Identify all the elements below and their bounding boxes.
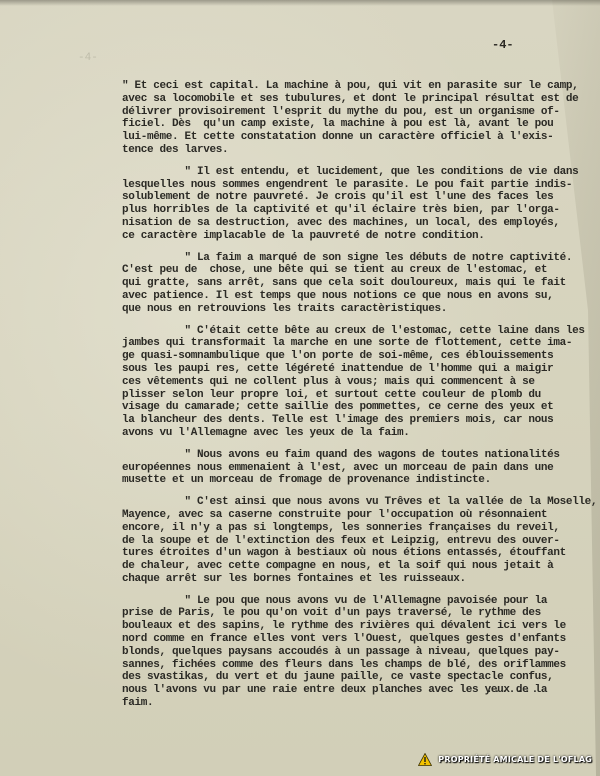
paragraph: " Il est entendu, et lucidement, que les… (122, 166, 562, 243)
text-line: encore, il n'y a pas si longtemps, les s… (122, 522, 562, 535)
watermark-text: PROPRIÉTÉ AMICALE DE L'OFLAG (438, 755, 592, 764)
text-line: ficiel. Dès qu'un camp existe, la machin… (122, 118, 562, 131)
text-line: plus horribles de la captivité et qu'il … (122, 204, 562, 217)
text-line: délivrer provisoirement l'esprit du myth… (122, 106, 562, 119)
text-line: ge quasi-somnambulique que l'on porte de… (122, 350, 562, 363)
text-line: " La faim a marqué de son signe les débu… (122, 252, 562, 265)
text-line: " C'est ainsi que nous avons vu Trêves e… (122, 496, 562, 509)
continuation-mark: ....... (486, 684, 539, 696)
text-line: " C'était cette bête au creux de l'estom… (122, 325, 562, 338)
text-line: sannes, fichées comme des fleurs dans le… (122, 659, 562, 672)
ownership-watermark: PROPRIÉTÉ AMICALE DE L'OFLAG (418, 753, 592, 766)
text-line: tures étroites d'un wagon à bestiaux où … (122, 547, 562, 560)
text-line: " Il est entendu, et lucidement, que les… (122, 166, 562, 179)
text-line: lesquelles nous sommes engendrent le par… (122, 179, 562, 192)
text-line: blonds, quelques paysans accoudés à un p… (122, 646, 562, 659)
text-line: nord comme en france elles vont vers l'O… (122, 633, 562, 646)
text-line: visage du camarade; cette saillie des po… (122, 401, 562, 414)
text-line: des svastikas, du vert et du jaune paill… (122, 671, 562, 684)
text-line: avons vu l'Allemagne avec les yeux de la… (122, 427, 562, 440)
page-number: -4- (492, 38, 514, 52)
text-line: la blancheur des dents. Telle est l'imag… (122, 414, 562, 427)
text-line: prise de Paris, le pou qu'on voit d'un p… (122, 607, 562, 620)
text-line: lui-même. Et cette constatation donne un… (122, 131, 562, 144)
text-line: que nous en retrouvions les traits carac… (122, 303, 562, 316)
text-line: jambes qui transformait la marche en une… (122, 337, 562, 350)
text-line: bouleaux et des sapins, le rythme des ri… (122, 620, 562, 633)
warning-icon (418, 753, 432, 766)
paragraph: " C'était cette bête au creux de l'estom… (122, 325, 562, 440)
paragraph: " Et ceci est capital. La machine à pou,… (122, 80, 562, 157)
text-line: " Et ceci est capital. La machine à pou,… (122, 80, 562, 93)
text-line: tence des larves. (122, 144, 562, 157)
text-line: ces vêtements qui ne collent plus à vous… (122, 376, 562, 389)
typewritten-body: " Et ceci est capital. La machine à pou,… (122, 80, 562, 719)
text-line: ce caractère implacable de la pauvreté d… (122, 230, 562, 243)
text-line: européennes nous emmenaient à l'est, ave… (122, 462, 562, 475)
paragraph: " Nous avons eu faim quand des wagons de… (122, 449, 562, 487)
text-line: " Le pou que nous avons vu de l'Allemagn… (122, 595, 562, 608)
text-line: avec sa locomobile et ses tubulures, et … (122, 93, 562, 106)
text-line: Mayence, avec sa caserne construite pour… (122, 509, 562, 522)
text-line: qui gratte, sans arrêt, sans que cela so… (122, 277, 562, 290)
text-line: faim. (122, 697, 562, 710)
text-line: nisation de sa destruction, avec des mac… (122, 217, 562, 230)
text-line: " Nous avons eu faim quand des wagons de… (122, 449, 562, 462)
document-page: -4- -4- " Et ceci est capital. La machin… (0, 0, 600, 776)
page-top-shadow (0, 0, 600, 6)
text-line: musette et un morceau de fromage de prov… (122, 474, 562, 487)
paragraph: " La faim a marqué de son signe les débu… (122, 252, 562, 316)
text-line: de la soupe et de l'extinction des feux … (122, 535, 562, 548)
text-line: sous les paupi res, cette légéreté inatt… (122, 363, 562, 376)
text-line: de chaleur, avec cette compagne en nous,… (122, 560, 562, 573)
text-line: C'est peu de chose, une bête qui se tien… (122, 264, 562, 277)
bleed-through-mark: -4- (78, 52, 98, 64)
text-line: avec patience. Il est temps que nous not… (122, 290, 562, 303)
text-line: solublement de notre pauvreté. Je crois … (122, 191, 562, 204)
paragraph: " C'est ainsi que nous avons vu Trêves e… (122, 496, 562, 586)
text-line: plisser selon leur propre loi, et surtou… (122, 389, 562, 402)
text-line: chaque arrêt sur les bornes fontaines et… (122, 573, 562, 586)
